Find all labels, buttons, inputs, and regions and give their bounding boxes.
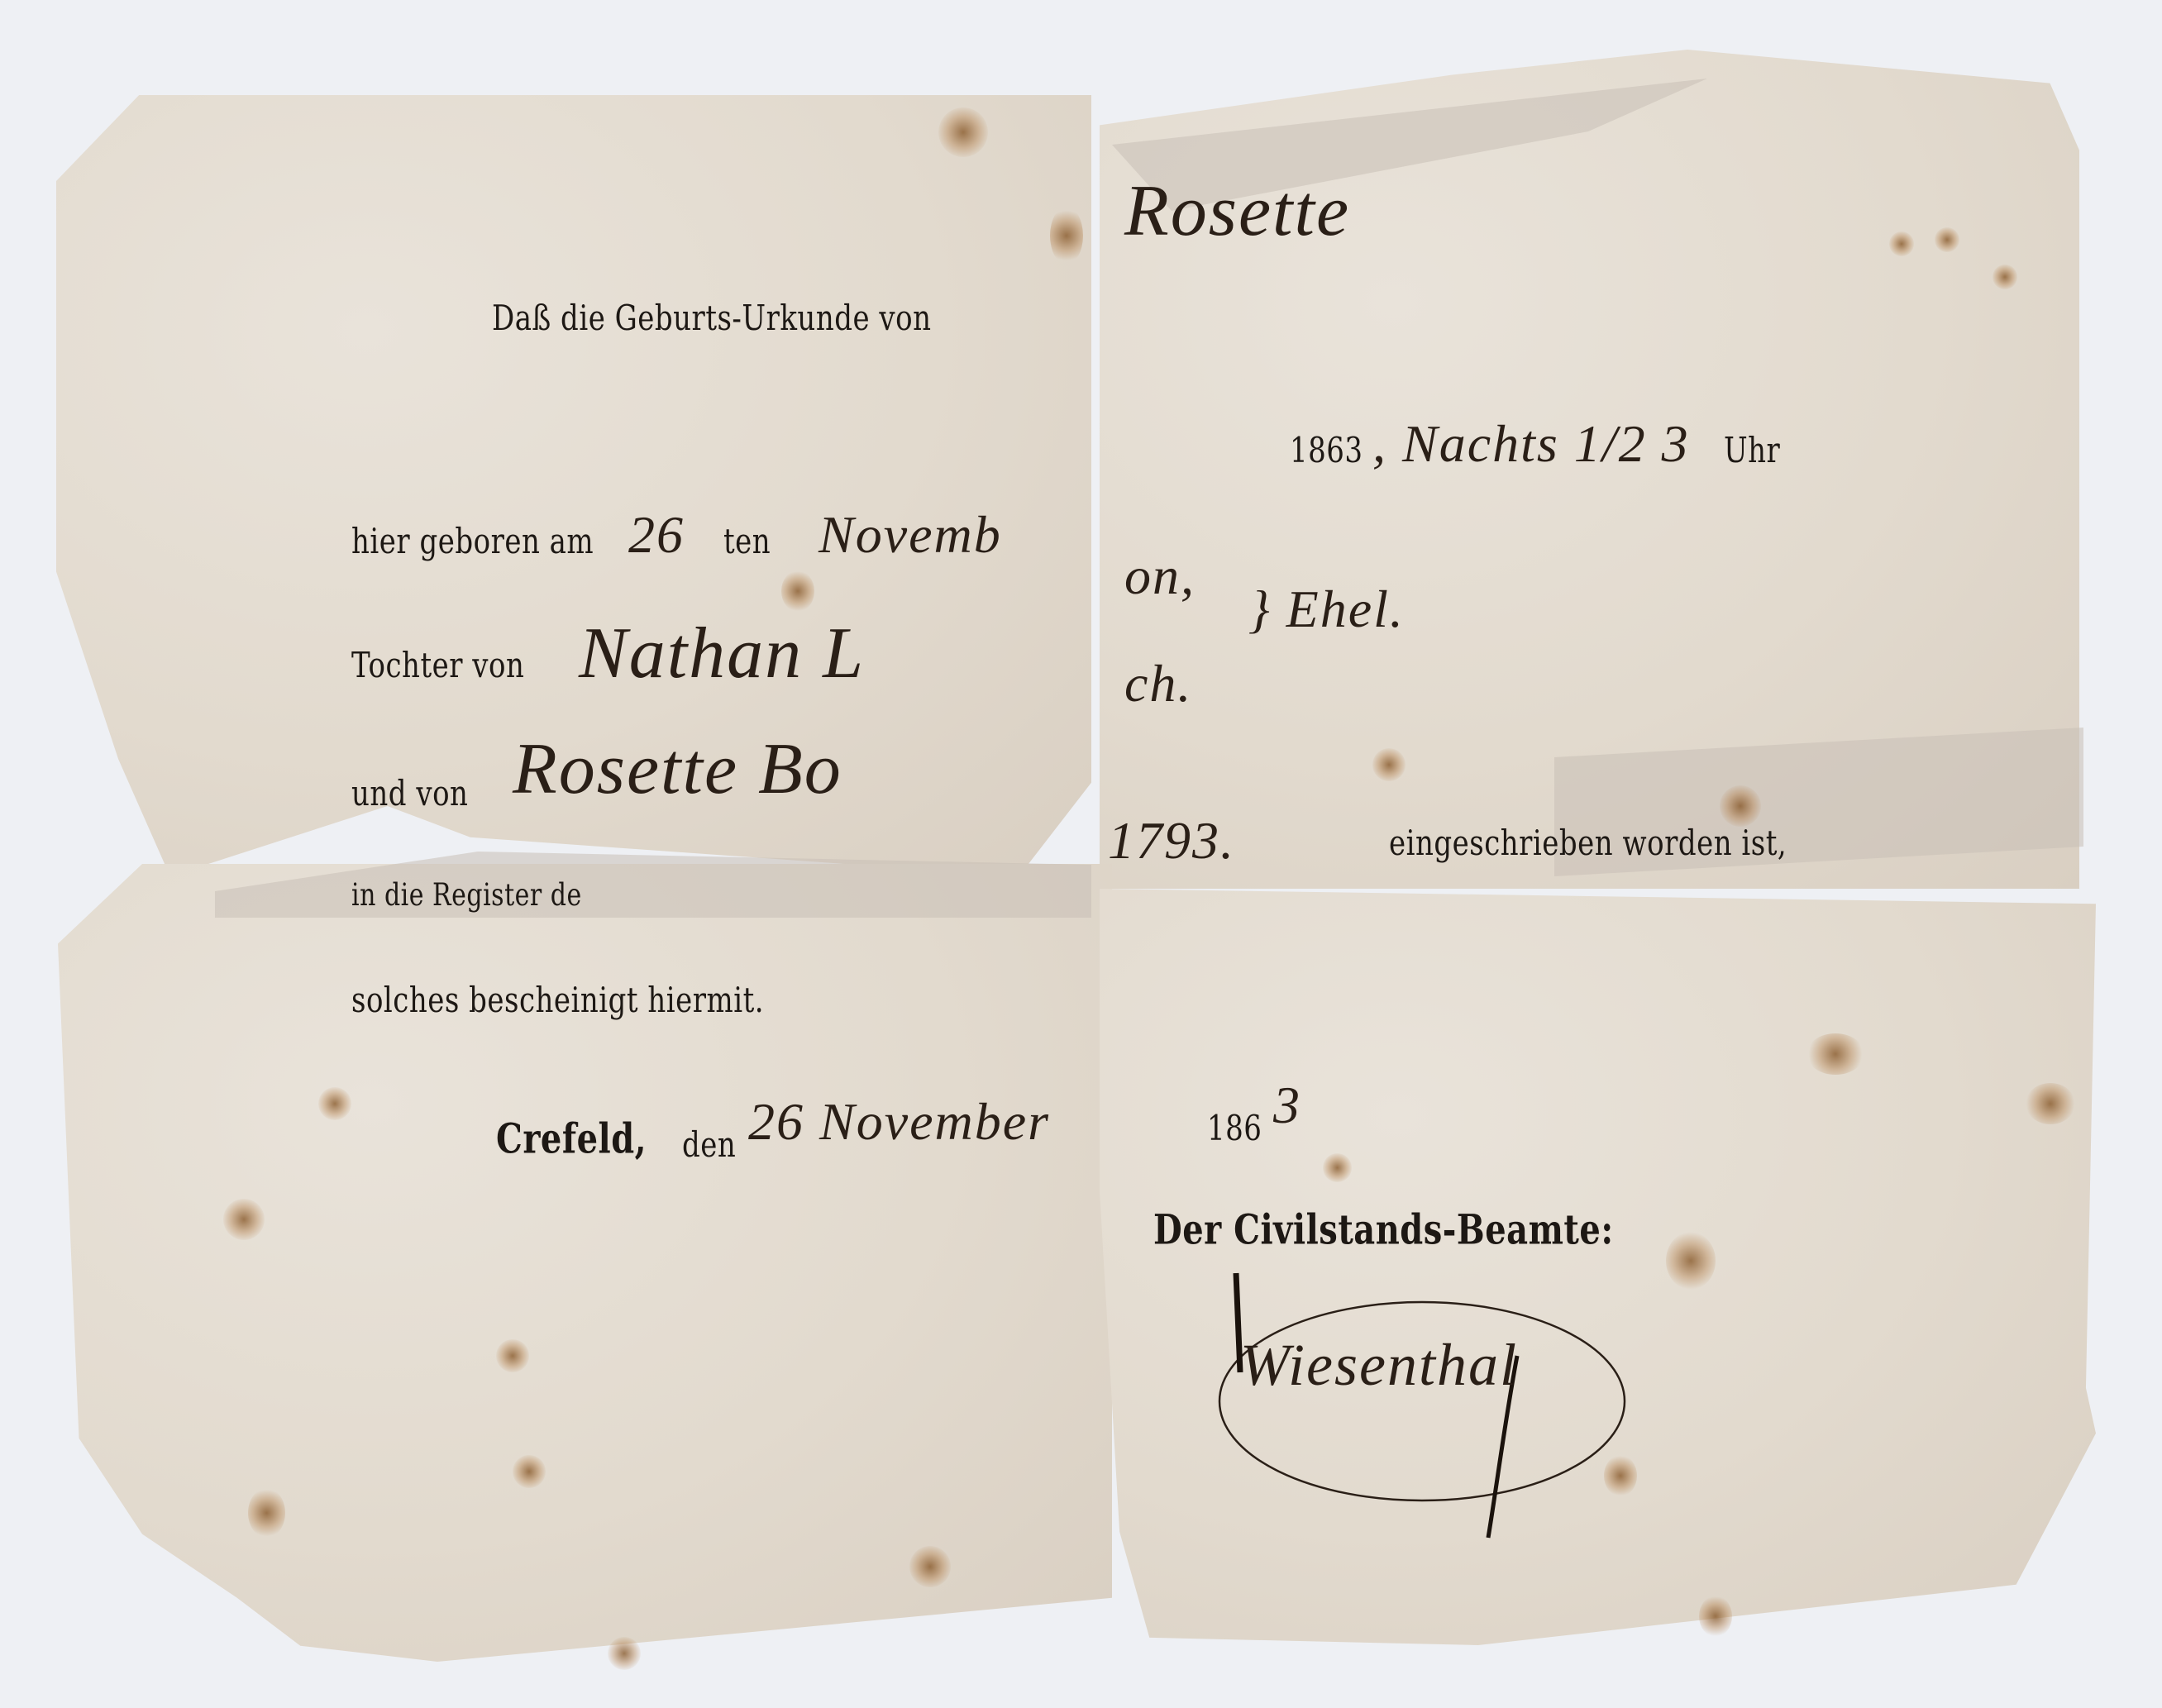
foxing-spot [1806,1033,1864,1075]
registered-label: eingeschrieben worden ist, [1389,823,1787,864]
foxing-spot [223,1199,265,1240]
foxing-spot [513,1455,546,1488]
foxing-spot [1372,748,1406,781]
foxing-spot [496,1339,529,1372]
foxing-spot [1323,1153,1352,1182]
mother-name-handwritten: Rosette Bo [513,728,842,811]
foxing-spot [1666,1232,1716,1290]
and-of-label: und von [351,773,468,814]
issue-year-printed: 186 [1207,1108,1262,1149]
father-name-continuation: ch. [1124,653,1192,714]
foxing-spot [1050,207,1083,265]
foxing-spot [1720,785,1761,827]
birth-time-handwritten: , Nachts 1/2 3 [1372,413,1690,475]
place-crefeld: Crefeld, [496,1114,647,1163]
marital-bracket-note: } Ehel. [1248,579,1405,640]
child-name-handwritten: Rosette [1124,169,1350,253]
register-label: in die Register de [351,877,582,914]
foxing-spot [2026,1083,2075,1124]
birth-month-handwritten: Novemb [819,504,1002,565]
issue-date-handwritten: 26 November [748,1091,1050,1152]
signature-block: Wiesenthal [1191,1257,1654,1554]
register-year-handwritten: 1793. [1108,810,1235,871]
foxing-spot [909,1546,951,1587]
certification-text: solches bescheinigt hiermit. [351,980,764,1021]
foxing-spot [1993,265,2017,289]
registrar-signature: Wiesenthal [1240,1331,1518,1400]
signature-flourish-icon [1191,1257,1654,1554]
foxing-spot [1699,1596,1732,1637]
uhr-label: Uhr [1724,430,1780,471]
foxing-spot [248,1488,285,1538]
born-on-label: hier geboren am [351,521,594,562]
foxing-spot [938,107,988,157]
birth-month-continuation: on, [1124,546,1196,607]
daughter-of-label: Tochter von [351,645,524,686]
ten-label: ten [723,521,771,562]
foxing-spot [781,570,814,612]
issue-year-handwritten: 3 [1273,1075,1301,1136]
father-name-handwritten: Nathan L [579,612,865,695]
foxing-spot [1935,227,1959,252]
foxing-spot [318,1087,351,1120]
certificate-intro-text: Daß die Geburts-Urkunde von [492,298,932,339]
birth-year-printed: 1863 [1290,430,1363,471]
birth-day-handwritten: 26 [628,504,685,565]
den-label: den [682,1124,736,1166]
foxing-spot [1889,231,1914,256]
civil-registrar-title: Der Civilstands-Beamte: [1153,1205,1614,1254]
foxing-spot [608,1637,641,1670]
